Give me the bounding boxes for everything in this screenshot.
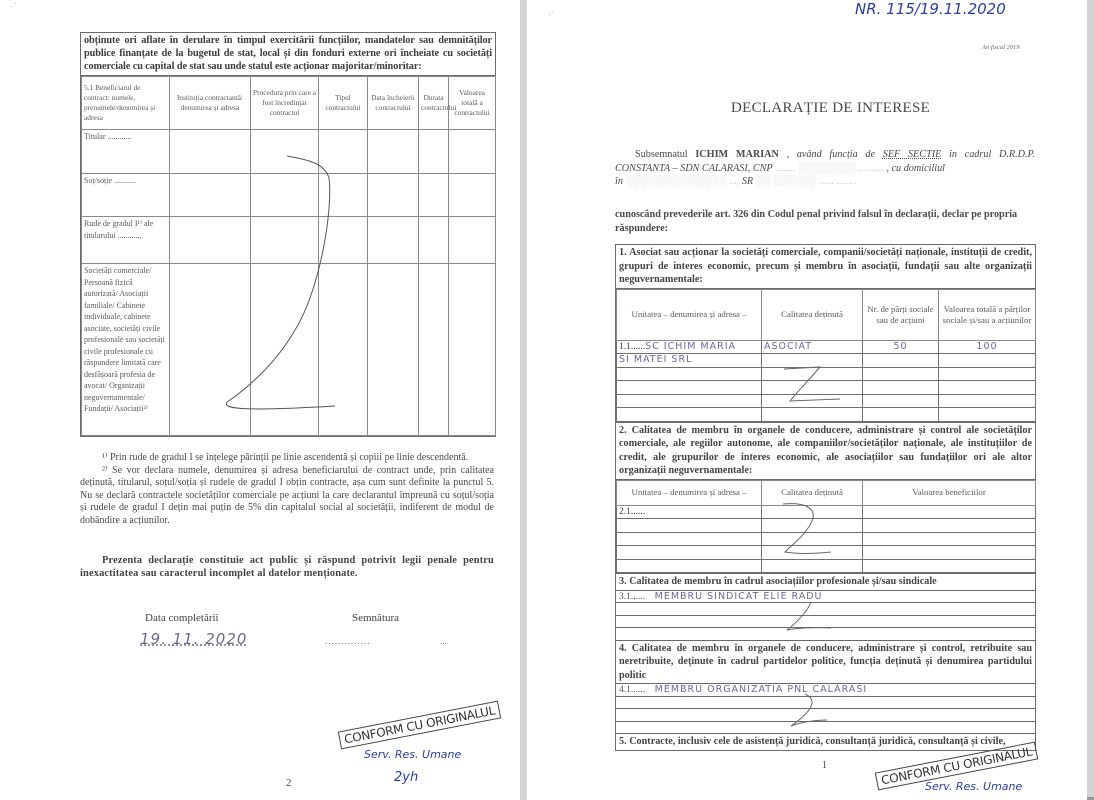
list-item: [616, 697, 1035, 710]
contracts-table: 5.1 Beneficiarul de contract: numele, pr…: [81, 76, 496, 436]
row-prefix: 1.1......: [619, 342, 645, 352]
section-2-table: Unitatea – denumirea și adresa – Calitat…: [616, 480, 1036, 574]
stamp-department-note: Serv. Res. Umane: [364, 748, 461, 761]
completion-date-handwritten: 19. 11. 2020: [140, 630, 247, 648]
unit-cell: 1.1......SC ICHIM MARIA: [617, 340, 762, 354]
handwritten-value: ASOCIAT: [764, 341, 812, 352]
table-row: Soț/soție ...........: [82, 174, 496, 217]
declarant-intro: Subsemnatul ICHIM MARIAN , având funcția…: [615, 148, 1035, 189]
cnp-label: CNP: [753, 163, 773, 174]
list-item: [616, 616, 1035, 629]
page-number: 2: [286, 777, 292, 789]
table-row: 2.1......: [617, 505, 1036, 519]
unit-cell: SI MATEI SRL: [617, 354, 762, 368]
column-header: Unitatea – denumirea și adresa –: [617, 289, 762, 340]
column-header: Nr. de părți sociale sau de acțiuni: [863, 289, 939, 340]
column-header: Instituția contractantă: denumirea și ad…: [170, 77, 251, 130]
handwritten-value: 100: [976, 341, 997, 352]
table-row: Titular ............: [82, 130, 496, 174]
signature-placeholder: ..............: [325, 636, 371, 646]
column-header: 5.1 Beneficiarul de contract: numele, pr…: [82, 77, 170, 130]
table-row: 1.1......SC ICHIM MARIA ASOCIAT 50 100: [617, 340, 1036, 354]
list-item: [616, 603, 1035, 616]
column-header: Valoarea beneficiilor: [863, 480, 1036, 505]
table-header-row: Unitatea – denumirea și adresa – Calitat…: [617, 289, 1036, 340]
intro-label: Subsemnatul: [635, 149, 688, 160]
row-prefix: 4.1......: [619, 685, 645, 695]
table-row: [617, 546, 1036, 560]
signature-label: Semnătura: [352, 612, 399, 624]
column-header: Calitatea deținută: [762, 480, 863, 505]
footnote-2: ²⁾ Se vor declara numele, denumirea și a…: [80, 465, 494, 528]
row-label: Soț/soție ...........: [82, 174, 170, 217]
column-header: Durata contractului: [419, 77, 449, 130]
declarant-name: ICHIM MARIAN: [695, 149, 779, 160]
scan-speck: ·˙: [548, 10, 555, 21]
column-header: Tipul contractului: [319, 77, 368, 130]
row-prefix: 3.1......: [619, 592, 645, 602]
document-title: DECLARAȚIE DE INTERESE: [731, 100, 930, 117]
table-row: [617, 367, 1036, 381]
table-row: SI MATEI SRL: [617, 354, 1036, 368]
column-header: Data încheierii contractului: [368, 77, 419, 130]
document-page-2: ·˙ obținute ori aflate în derulare în ti…: [0, 0, 520, 800]
section-1-title: 1. Asociat sau acționar la societăți com…: [616, 245, 1035, 289]
section-4-title: 4. Calitatea de membru în organele de co…: [616, 641, 1035, 685]
stamp-initials: 2yh: [394, 770, 418, 785]
fiscal-year-note: An fiscal 2019: [982, 44, 1020, 51]
table-row: [617, 408, 1036, 422]
legal-declaration: Prezenta declarație constituie act publi…: [80, 554, 494, 580]
intro-label: în cadrul: [949, 149, 991, 160]
column-header: Unitatea – denumirea și adresa –: [617, 480, 762, 505]
table-row: [617, 559, 1036, 573]
table-row: Societăți comerciale/ Persoană fizică au…: [82, 264, 496, 436]
page-number: 1: [822, 760, 827, 771]
contracts-intro-text: obținute ori aflate în derulare în timpu…: [81, 33, 495, 76]
section-3-title: 3. Calitatea de membru în cadrul asociaț…: [616, 573, 1035, 591]
row-label: Societăți comerciale/ Persoană fizică au…: [82, 264, 170, 436]
unit-cell: 2.1......: [617, 505, 762, 519]
list-item: [616, 709, 1035, 722]
row-label: Titular ............: [82, 130, 170, 174]
list-item: 4.1...... MEMBRU ORGANIZATIA PNL CALARAS…: [616, 684, 1035, 697]
footnote-1: ¹⁾ Prin rude de gradul I se înțelege păr…: [80, 452, 494, 465]
list-item: [616, 722, 1035, 735]
domicile-label: , cu domiciliul: [886, 163, 945, 174]
handwritten-value: 50: [893, 341, 907, 352]
column-header: Procedura prin care a fost încredințat c…: [251, 77, 319, 130]
column-header: Calitatea deținută: [762, 289, 863, 340]
registration-number: NR. 115/19.11.2020: [855, 0, 1006, 18]
section-5-title: 5. Contracte, inclusiv cele de asistență…: [616, 734, 1035, 750]
table-row: Rude de gradul I¹⁾ ale titularului .....…: [82, 217, 496, 264]
handwritten-value: MEMBRU ORGANIZATIA PNL CALARASI: [655, 684, 868, 695]
table-header-row: Unitatea – denumirea și adresa – Calitat…: [617, 480, 1036, 505]
interests-form: 1. Asociat sau acționar la societăți com…: [615, 244, 1036, 751]
contracts-section: obținute ori aflate în derulare în timpu…: [80, 32, 496, 437]
redacted-address: SR: [742, 176, 753, 187]
intro-label: , având funcția de: [787, 149, 875, 160]
page-gutter: [520, 0, 527, 800]
date-label: Data completării: [145, 612, 219, 624]
shares-cell: 50: [863, 340, 939, 354]
handwritten-value: SC ICHIM MARIA: [645, 341, 736, 352]
stamp-department-note: Serv. Res. Umane: [925, 780, 1022, 793]
handwritten-value: SI MATEI SRL: [619, 354, 692, 365]
page-edge: [1087, 0, 1094, 800]
list-item: [616, 628, 1035, 641]
table-row: [617, 519, 1036, 533]
list-item: 3.1...... MEMBRU SINDICAT ELIE RADU: [616, 591, 1035, 604]
section-2-title: 2. Calitatea de membru în organele de co…: [616, 422, 1035, 480]
table-row: [617, 381, 1036, 395]
declarant-function: SEF SECTIE: [883, 149, 942, 160]
row-label: Rude de gradul I¹⁾ ale titularului .....…: [82, 217, 170, 264]
legal-declaration-text: Prezenta declarație constituie act publi…: [80, 554, 494, 580]
table-row: [617, 394, 1036, 408]
footnotes: ¹⁾ Prin rude de gradul I se înțelege păr…: [80, 452, 494, 528]
section-1-table: Unitatea – denumirea și adresa – Calitat…: [616, 289, 1036, 422]
handwritten-value: MEMBRU SINDICAT ELIE RADU: [655, 591, 823, 602]
table-header-row: 5.1 Beneficiarul de contract: numele, pr…: [82, 77, 496, 130]
signature-placeholder-end: ...: [440, 636, 447, 646]
certified-copy-stamp: CONFORM CU ORIGINALUL: [338, 701, 502, 750]
value-cell: 100: [939, 340, 1036, 354]
column-header: Valoarea totală a părților sociale și/sa…: [939, 289, 1036, 340]
intro-label: în: [615, 176, 623, 187]
scan-speck: ·˙: [10, 2, 17, 13]
knowledge-statement: cunoscând prevederile art. 326 din Codul…: [615, 208, 1035, 235]
table-row: [617, 532, 1036, 546]
quality-cell: ASOCIAT: [762, 340, 863, 354]
